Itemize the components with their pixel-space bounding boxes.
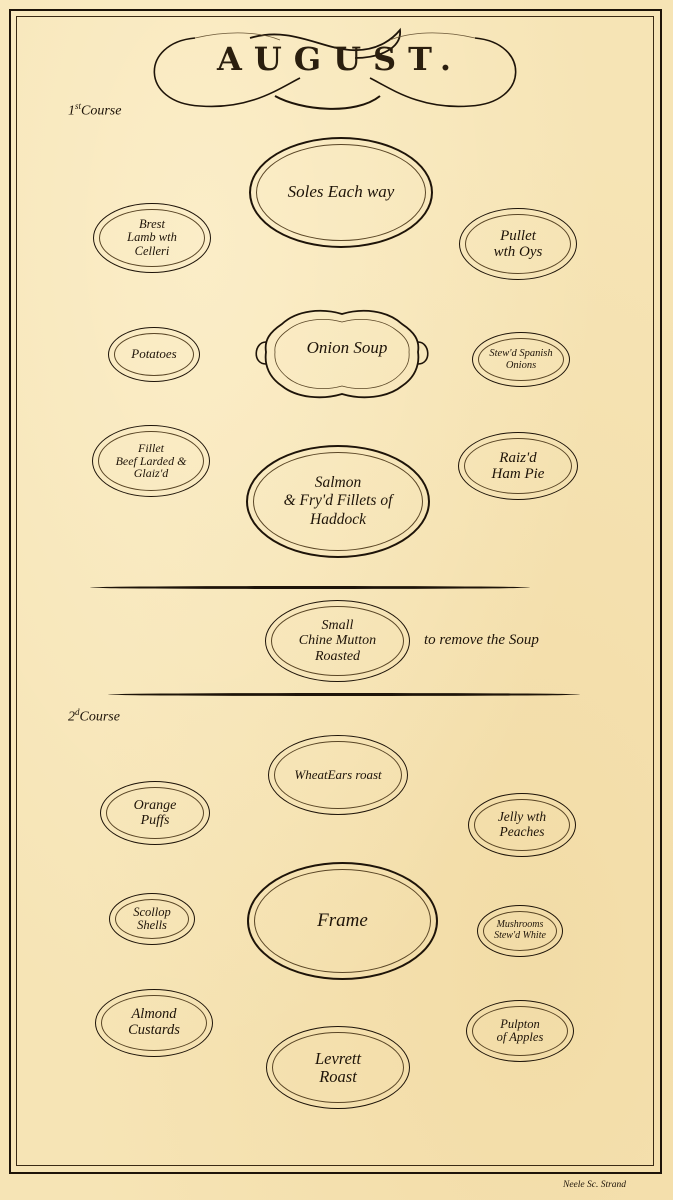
dish-levrett-roast: Levrett Roast (266, 1026, 410, 1109)
dish-line: Small (299, 618, 376, 633)
dish-pulpton-apples: Pulpton of Apples (466, 1000, 574, 1062)
dish-line: Pulpton (497, 1018, 544, 1032)
dish-line: of Apples (497, 1031, 544, 1045)
dish-label: Raiz'd Ham Pie (492, 450, 545, 482)
dish-line: Almond (128, 1007, 180, 1023)
dish-label: Orange Puffs (134, 798, 177, 828)
course-number: 1 (68, 104, 75, 119)
dish-line: Orange (134, 798, 177, 813)
dish-label: Fillet Beef Larded & Glaiz'd (116, 442, 187, 481)
dish-scollop-shells: Scollop Shells (109, 893, 195, 945)
dish-label: Pulpton of Apples (497, 1018, 544, 1045)
dish-jelly-peaches: Jelly wth Peaches (468, 793, 576, 857)
dish-line: Roast (315, 1068, 361, 1086)
dish-label: Almond Custards (128, 1007, 180, 1038)
dish-line: Custards (128, 1023, 180, 1039)
dish-line: Jelly wth (498, 810, 546, 825)
dish-almond-custards: Almond Custards (95, 989, 213, 1057)
first-course-label: 1stCourse (68, 101, 121, 120)
dish-line: Brest (127, 218, 177, 232)
dish-label: Stew'd Spanish Onions (489, 348, 552, 371)
dish-label: Soles Each way (288, 183, 395, 201)
dish-ham-pie: Raiz'd Ham Pie (458, 432, 578, 500)
dish-salmon: Salmon & Fry'd Fillets of Haddock (246, 445, 430, 558)
dish-line: Raiz'd (492, 450, 545, 466)
dish-onion-soup: Onion Soup (262, 338, 432, 358)
dish-line: Chine Mutton (299, 633, 376, 648)
dish-orange-puffs: Orange Puffs (100, 781, 210, 845)
dish-line: Puffs (134, 813, 177, 828)
dish-line: Glaiz'd (116, 467, 187, 480)
dish-line: Salmon (284, 474, 393, 492)
dish-fillet-beef: Fillet Beef Larded & Glaiz'd (92, 425, 210, 497)
dish-label: Small Chine Mutton Roasted (299, 618, 376, 663)
dish-line: Pullet (494, 228, 543, 244)
dish-mushrooms: Mushrooms Stew'd White (477, 905, 563, 957)
dish-line: Haddock (284, 511, 393, 529)
dish-label: Potatoes (131, 347, 177, 361)
dish-brest-lamb: Brest Lamb wth Celleri (93, 203, 211, 273)
course-number: 2 (68, 710, 75, 725)
dish-wheatears: WheatEars roast (268, 735, 408, 815)
second-course-label: 2dCourse (68, 707, 120, 726)
dish-line: wth Oys (494, 244, 543, 260)
dish-line: Shells (133, 919, 171, 933)
dish-line: Roasted (299, 649, 376, 664)
remove-note: to remove the Soup (424, 632, 539, 649)
dish-line: & Fry'd Fillets of (284, 492, 393, 510)
dish-line: Scollop (133, 906, 171, 920)
dish-line: Celleri (127, 245, 177, 259)
dish-label: Levrett Roast (315, 1050, 361, 1086)
divider-bottom (108, 693, 580, 696)
divider-top (90, 586, 530, 589)
course-text: Course (80, 710, 120, 725)
dish-label: WheatEars roast (294, 768, 381, 782)
dish-label: Scollop Shells (133, 906, 171, 933)
dish-label: Jelly wth Peaches (498, 810, 546, 839)
dish-soles: Soles Each way (249, 137, 433, 248)
dish-pullet: Pullet wth Oys (459, 208, 577, 280)
dish-line: Frame (317, 911, 368, 932)
dish-line: Ham Pie (492, 466, 545, 482)
dish-line: Levrett (315, 1050, 361, 1068)
dish-line: Fillet (116, 442, 187, 455)
engraver-credit: Neele Sc. Strand (563, 1180, 626, 1190)
dish-line: Soles Each way (288, 183, 395, 201)
page-title: AUGUST. (150, 40, 530, 78)
dish-potatoes: Potatoes (108, 327, 200, 382)
dish-spanish-onions: Stew'd Spanish Onions (472, 332, 570, 387)
dish-line: Potatoes (131, 347, 177, 361)
dish-label: Mushrooms Stew'd White (494, 920, 546, 942)
dish-chine-mutton: Small Chine Mutton Roasted (265, 600, 410, 682)
dish-line: Peaches (498, 825, 546, 840)
dish-line: Lamb wth (127, 231, 177, 245)
dish-line: WheatEars roast (294, 768, 381, 782)
course-text: Course (81, 104, 121, 119)
dish-line: Stew'd Spanish (489, 348, 552, 359)
dish-line: Stew'd White (494, 931, 546, 942)
dish-label: Pullet wth Oys (494, 228, 543, 260)
dish-label: Brest Lamb wth Celleri (127, 218, 177, 259)
dish-label: Salmon & Fry'd Fillets of Haddock (284, 474, 393, 529)
dish-line: Onions (489, 360, 552, 371)
dish-frame: Frame (247, 862, 438, 980)
dish-label: Frame (317, 911, 368, 932)
